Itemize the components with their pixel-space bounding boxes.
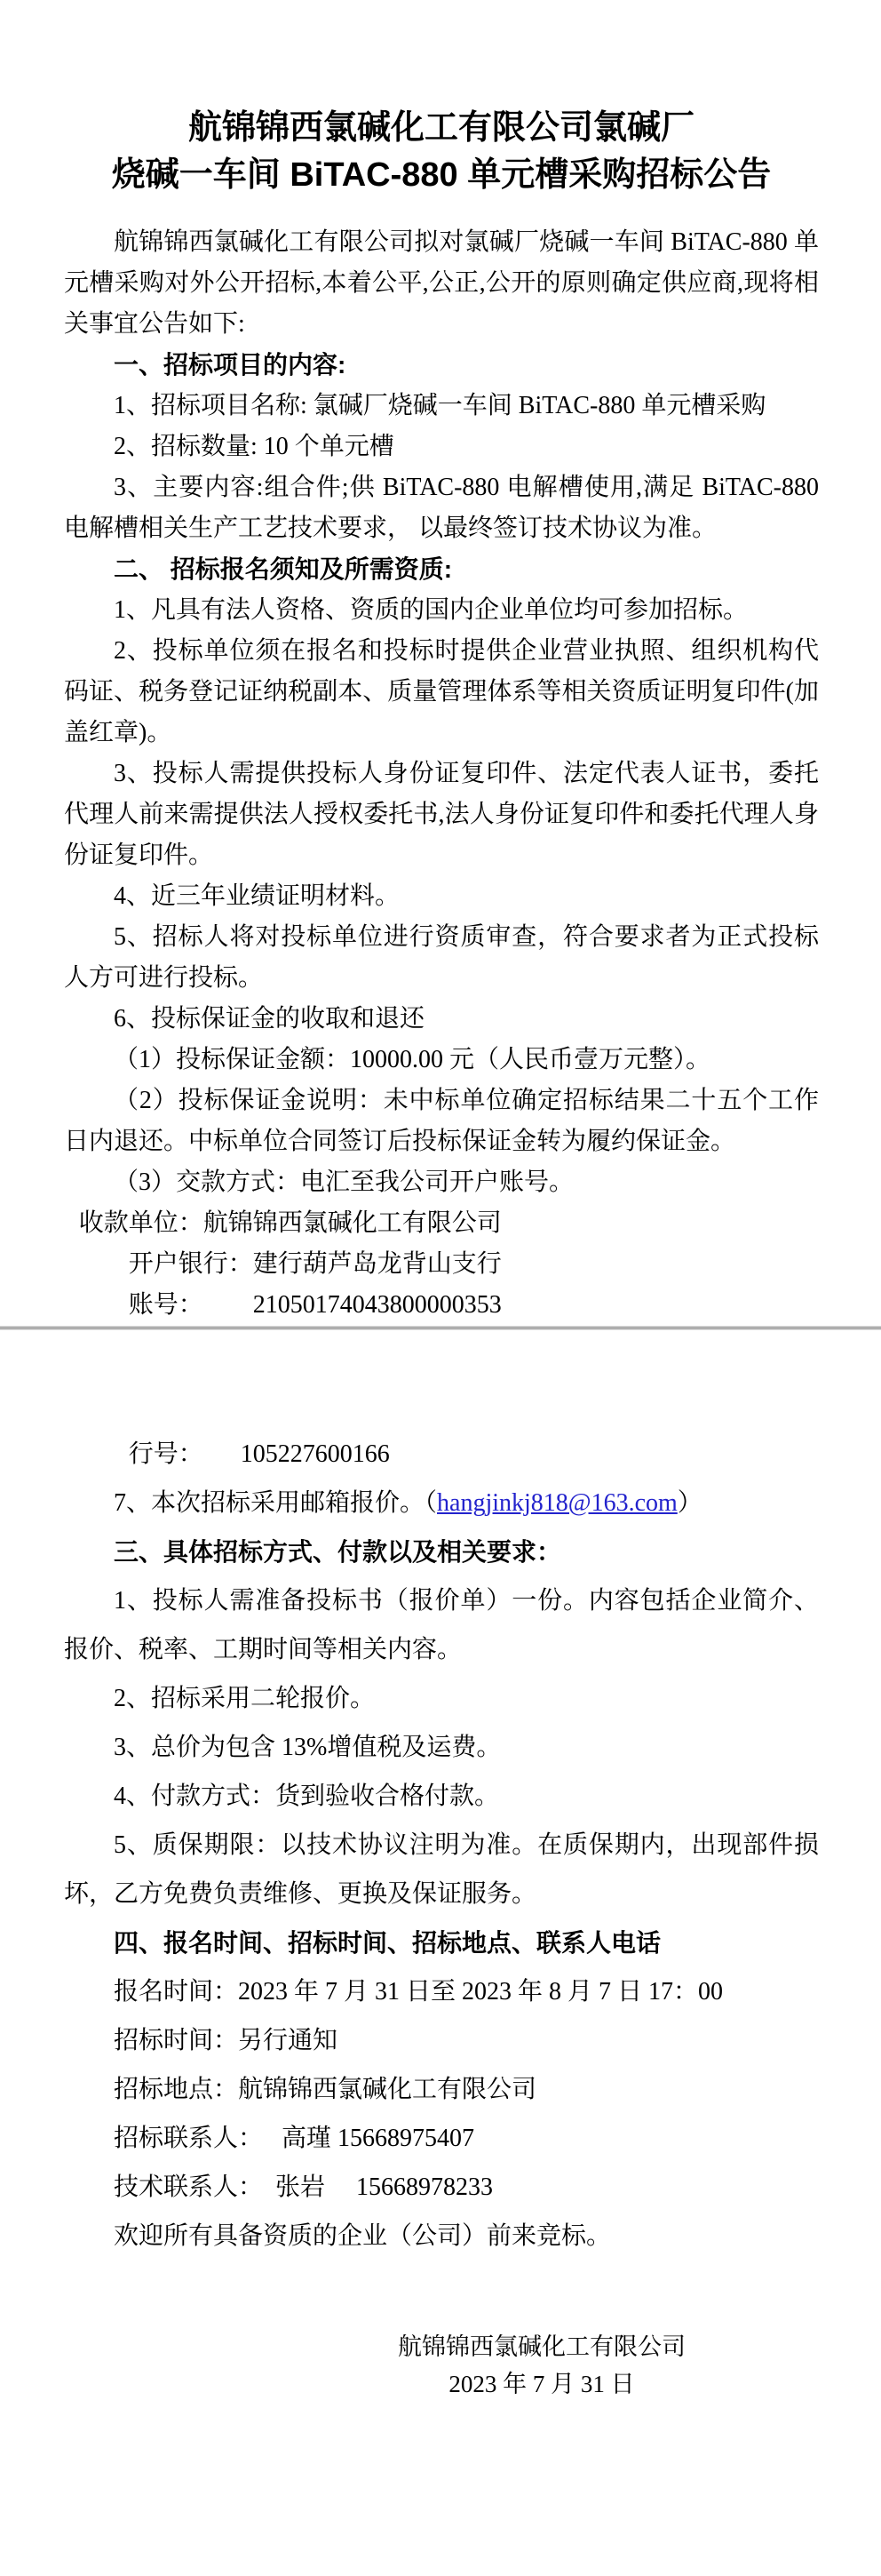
bank-branch-number-line: 行号： 105227600166 bbox=[64, 1430, 819, 1479]
section-3-heading: 三、具体招标方式、付款以及相关要求： bbox=[64, 1527, 819, 1576]
section-1-heading: 一、招标项目的内容: bbox=[64, 345, 819, 386]
section-3-item-2: 2、招标采用二轮报价。 bbox=[64, 1674, 819, 1723]
payment-method-line: （3）交款方式：电汇至我公司开户账号。 bbox=[64, 1162, 819, 1203]
section-1-item-3: 3、主要内容:组合件;供 BiTAC-880 电解槽使用,满足 BiTAC-88… bbox=[64, 467, 819, 549]
document-title: 航锦锦西氯碱化工有限公司氯碱厂 烧碱一车间 BiTAC-880 单元槽采购招标公… bbox=[64, 105, 819, 199]
section-1-item-1: 1、招标项目名称: 氯碱厂烧碱一车间 BiTAC-880 单元槽采购 bbox=[64, 386, 819, 427]
section-2-item-3: 3、投标人需提供投标人身份证复印件、法定代表人证书，委托代理人前来需提供法人授权… bbox=[64, 754, 819, 876]
title-line-2: 烧碱一车间 BiTAC-880 单元槽采购招标公告 bbox=[64, 152, 819, 199]
payee-line: 收款单位：航锦锦西氯碱化工有限公司 bbox=[64, 1203, 819, 1244]
section-2-item-6: 6、投标保证金的收取和退还 bbox=[64, 999, 819, 1040]
signature-company: 航锦锦西氯碱化工有限公司 bbox=[398, 2328, 686, 2365]
section-2-item-1: 1、凡具有法人资格、资质的国内企业单位均可参加招标。 bbox=[64, 590, 819, 631]
bidding-contact-line: 招标联系人： 高瑾 15668975407 bbox=[64, 2114, 819, 2163]
section-3-item-5: 5、质保期限：以技术协议注明为准。在质保期内，出现部件损坏，乙方免费负责维修、更… bbox=[64, 1821, 819, 1918]
section-3-item-4: 4、付款方式：货到验收合格付款。 bbox=[64, 1772, 819, 1821]
document: 航锦锦西氯碱化工有限公司氯碱厂 烧碱一车间 BiTAC-880 单元槽采购招标公… bbox=[0, 0, 881, 2576]
bidding-time-line: 招标时间：另行通知 bbox=[64, 2016, 819, 2065]
section-2-heading: 二、 招标报名须知及所需资质: bbox=[64, 549, 819, 590]
deposit-terms-line: （2）投标保证金说明：未中标单位确定招标结果二十五个工作日内退还。中标单位合同签… bbox=[64, 1081, 819, 1162]
page-1: 航锦锦西氯碱化工有限公司氯碱厂 烧碱一车间 BiTAC-880 单元槽采购招标公… bbox=[0, 0, 881, 1326]
email-line-prefix: 7、本次招标采用邮箱报价。（ bbox=[114, 1489, 437, 1517]
section-2-item-2: 2、投标单位须在报名和投标时提供企业营业执照、组织机构代码证、税务登记证纳税副本… bbox=[64, 631, 819, 754]
section-2-item-5: 5、招标人将对投标单位进行资质审查，符合要求者为正式投标人方可进行投标。 bbox=[64, 917, 819, 999]
page-2: 行号： 105227600166 7、本次招标采用邮箱报价。（hangjinkj… bbox=[0, 1330, 881, 2576]
section-2-item-4: 4、近三年业绩证明材料。 bbox=[64, 876, 819, 917]
bidding-location-line: 招标地点：航锦锦西氯碱化工有限公司 bbox=[64, 2065, 819, 2114]
section-3-item-1: 1、投标人需准备投标书（报价单）一份。内容包括企业简介、报价、税率、工期时间等相… bbox=[64, 1576, 819, 1674]
section-3-item-3: 3、总价为包含 13%增值税及运费。 bbox=[64, 1723, 819, 1772]
signature-block: 航锦锦西氯碱化工有限公司 2023 年 7 月 31 日 bbox=[398, 2328, 686, 2403]
registration-time-line: 报名时间：2023 年 7 月 31 日至 2023 年 8 月 7 日 17：… bbox=[64, 1967, 819, 2016]
email-line-suffix: ） bbox=[678, 1489, 702, 1517]
title-line-1: 航锦锦西氯碱化工有限公司氯碱厂 bbox=[64, 105, 819, 152]
bank-name-line: 开户银行：建行葫芦岛龙背山支行 bbox=[64, 1244, 819, 1285]
email-quote-line: 7、本次招标采用邮箱报价。（hangjinkj818@163.com） bbox=[64, 1479, 819, 1527]
closing-line: 欢迎所有具备资质的企业（公司）前来竞标。 bbox=[64, 2212, 819, 2261]
account-number-line: 账号： 21050174043800000353 bbox=[64, 1285, 819, 1326]
technical-contact-line: 技术联系人： 张岩 15668978233 bbox=[64, 2163, 819, 2212]
intro-paragraph: 航锦锦西氯碱化工有限公司拟对氯碱厂烧碱一车间 BiTAC-880 单元槽采购对外… bbox=[64, 222, 819, 345]
deposit-amount-line: （1）投标保证金额：10000.00 元（人民币壹万元整）。 bbox=[64, 1040, 819, 1081]
email-link[interactable]: hangjinkj818@163.com bbox=[437, 1489, 678, 1517]
signature-date: 2023 年 7 月 31 日 bbox=[398, 2365, 686, 2403]
section-4-heading: 四、报名时间、招标时间、招标地点、联系人电话 bbox=[64, 1918, 819, 1967]
section-1-item-2: 2、招标数量: 10 个单元槽 bbox=[64, 427, 819, 467]
